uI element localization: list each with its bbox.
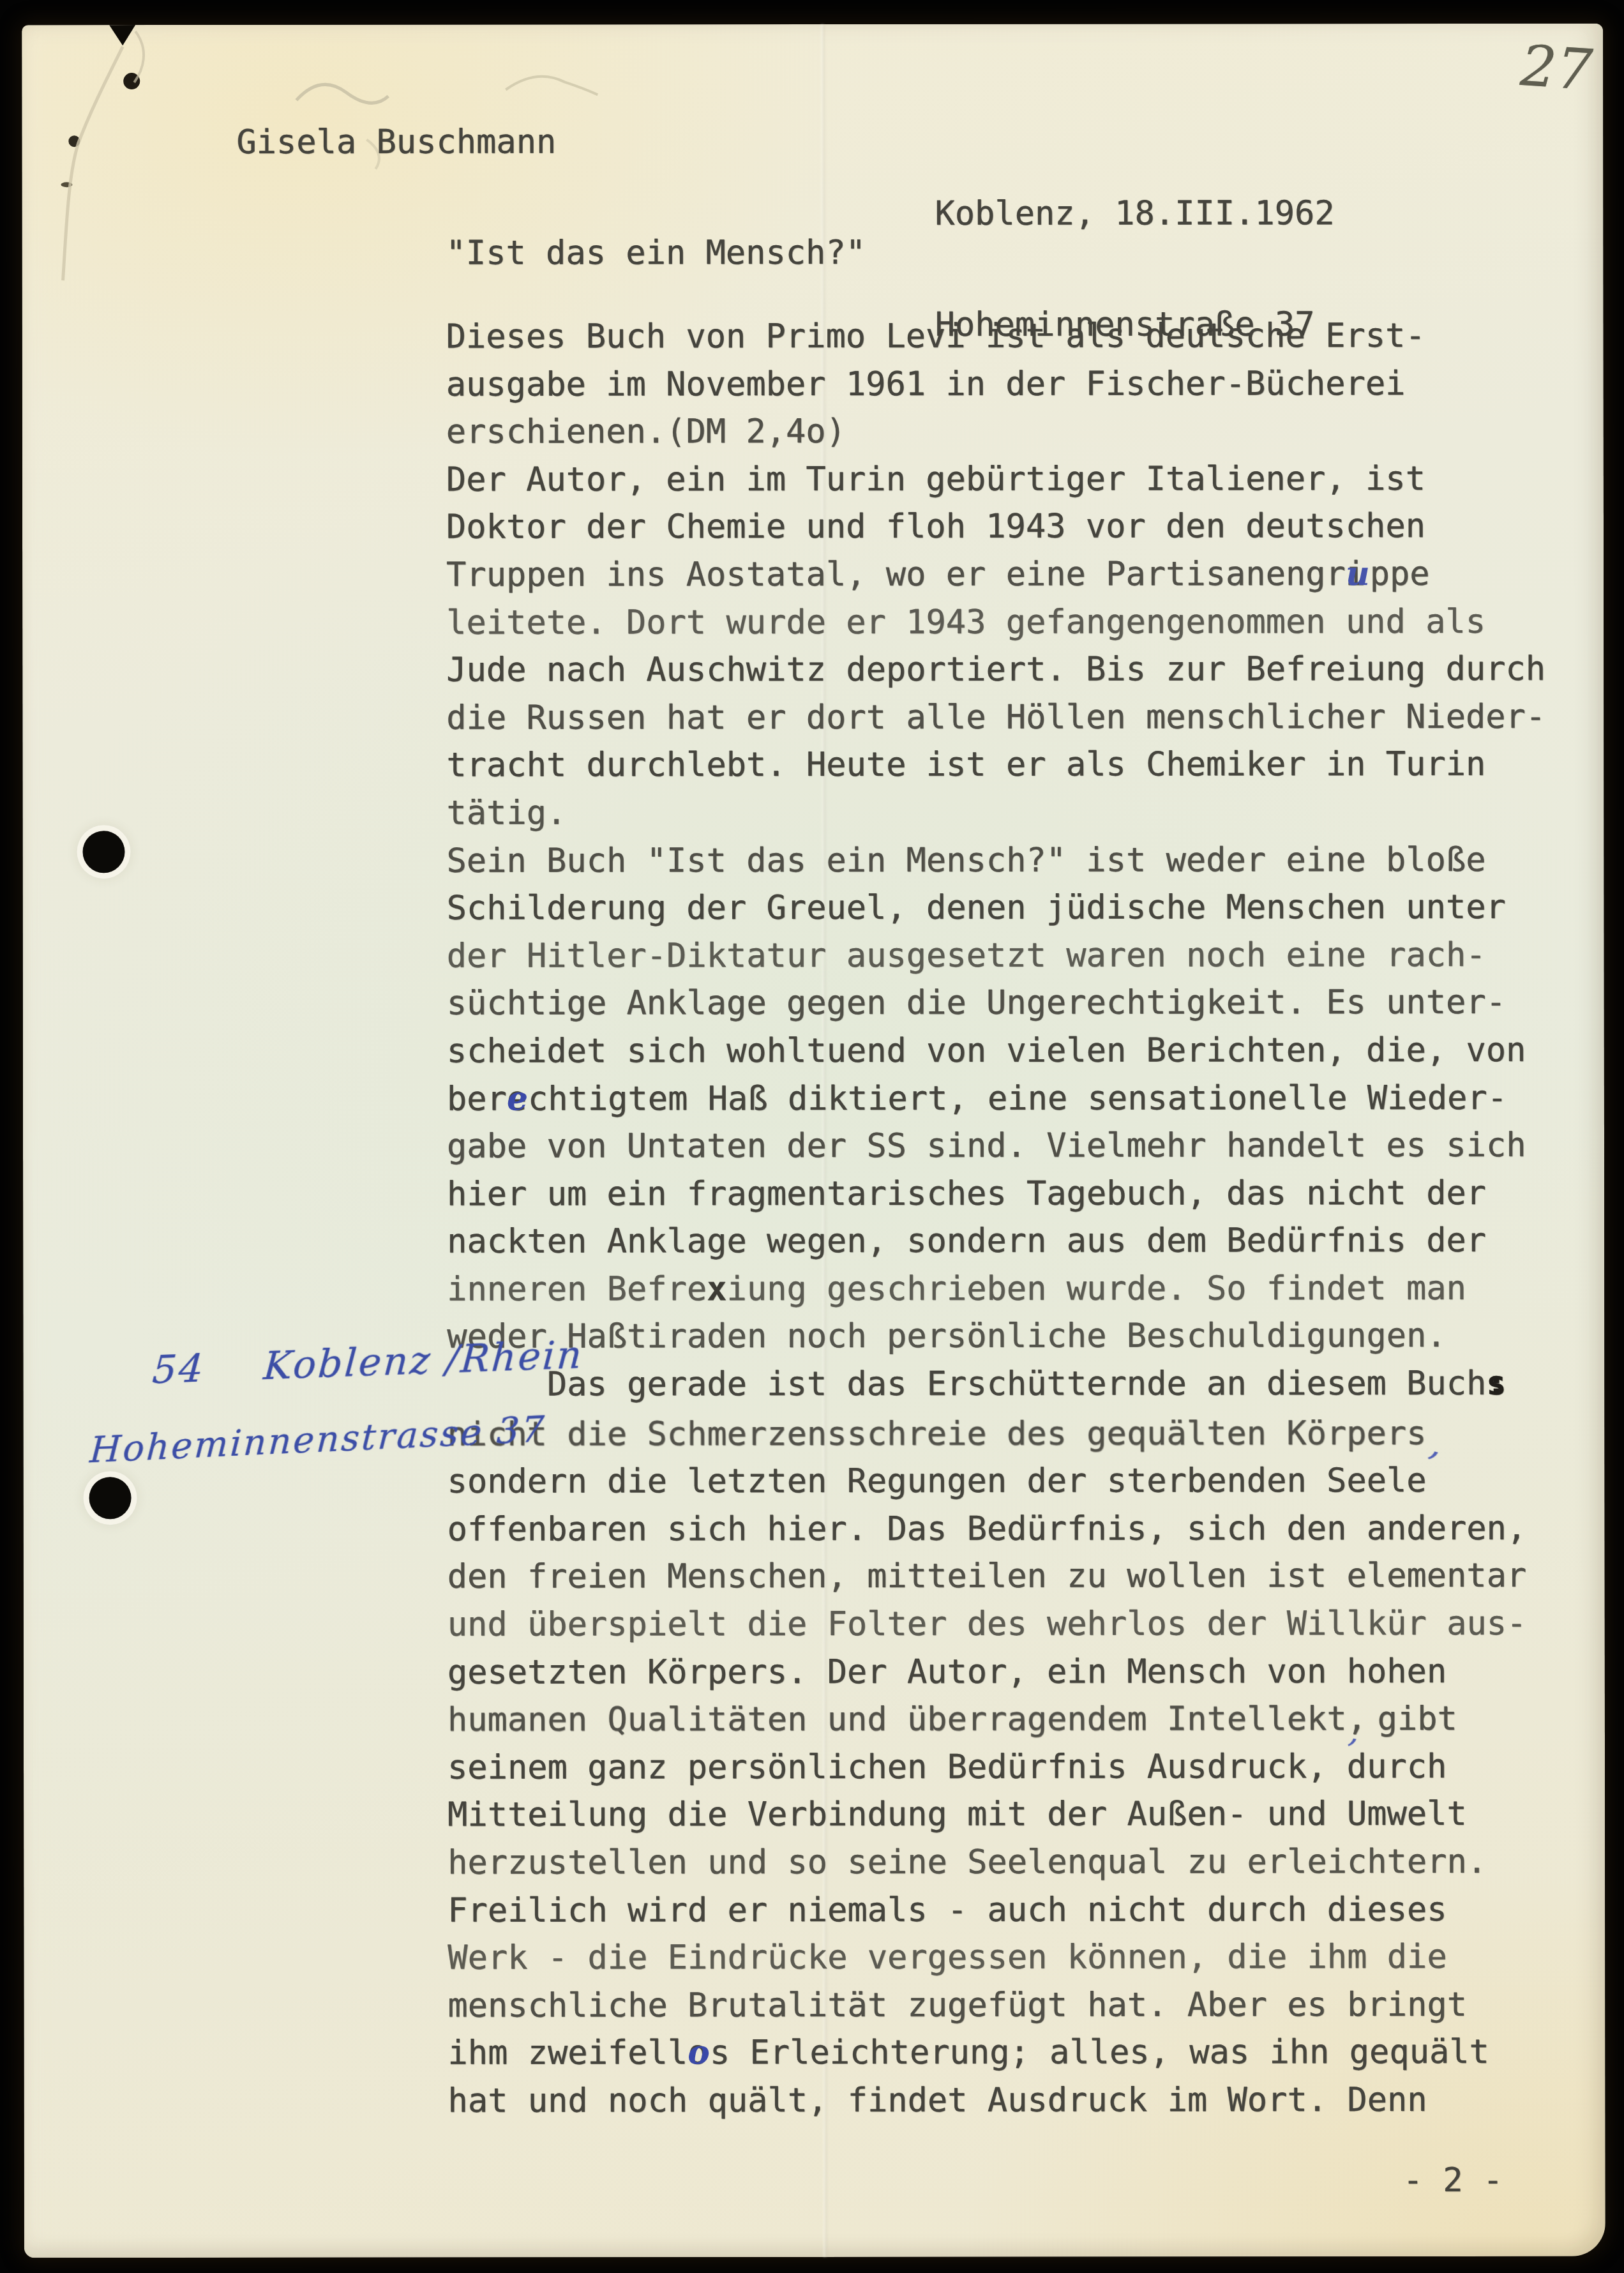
typed-text: die Russen hat er dort alle Höllen mensc… <box>446 698 1545 737</box>
correction-mark: e <box>507 1079 528 1118</box>
typed-line: tracht durchlebt. Heute ist er als Chemi… <box>446 741 1545 789</box>
typed-text: menschliche Brutalität zugefügt hat. Abe… <box>447 1986 1467 2025</box>
staple-hole-mark <box>123 73 140 89</box>
typed-text: nackten Anklage wegen, sondern aus dem B… <box>447 1221 1486 1261</box>
typed-text: offenbaren sich hier. Das Bedürfnis, sic… <box>447 1509 1527 1549</box>
typed-text: herzustellen und so seine Seelenqual zu … <box>447 1843 1487 1882</box>
pencil-scuff <box>506 77 598 95</box>
typed-text: gesetzten Körpers. Der Autor, ein Mensch… <box>447 1652 1447 1692</box>
typed-text: tracht durchlebt. Heute ist er als Chemi… <box>446 745 1485 785</box>
typed-line: Freilich wird er niemals - auch nicht du… <box>447 1885 1547 1934</box>
typed-line: Das gerade ist das Erschütternde an dies… <box>447 1360 1546 1408</box>
typed-text: Dieses Buch von Primo Levi ist als deuts… <box>446 317 1425 356</box>
typed-line: süchtige Anklage gegen die Ungerechtigke… <box>447 979 1546 1027</box>
document-title: "Ist das ein Mensch?" <box>446 234 866 273</box>
typed-text: Schilderung der Greuel, denen jüdische M… <box>447 888 1506 928</box>
author-name: Gisela Buschmann <box>236 123 556 162</box>
typed-line: Truppen ins Aostatal, wo er eine Partisa… <box>446 550 1545 599</box>
typed-text: erschienen.(DM 2,4o) <box>446 412 846 451</box>
typed-line: der Hitler-Diktatur ausgesetzt waren noc… <box>447 932 1546 980</box>
typed-text: hat und noch quält, findet Ausdruck im W… <box>448 2081 1427 2120</box>
typed-text: Mitteilung die Verbindung mit der Außen-… <box>447 1795 1467 1834</box>
typed-text: tätig. <box>446 794 566 832</box>
typed-text: Werk - die Eindrücke vergessen können, d… <box>447 1938 1447 1977</box>
typed-line: nackten Anklage wegen, sondern aus dem B… <box>447 1217 1546 1265</box>
typed-line: Jude nach Auschwitz deportiert. Bis zur … <box>446 646 1545 694</box>
typed-text: der Hitler-Diktatur ausgesetzt waren noc… <box>447 936 1486 976</box>
typed-line: erschienen.(DM 2,4o) <box>446 407 1545 456</box>
typed-line: und überspielt die Folter des wehrlos de… <box>447 1600 1547 1649</box>
typed-text: Sein Buch "Ist das ein Mensch?" ist wede… <box>447 840 1486 880</box>
place-date-line: Koblenz, 18.III.1962 <box>935 195 1334 232</box>
typed-text: Jude nach Auschwitz deportiert. Bis zur … <box>446 650 1545 690</box>
typed-text: ppe <box>1370 555 1430 593</box>
typed-line: Doktor der Chemie und floh 1943 vor den … <box>446 502 1545 551</box>
typed-line: seinem ganz persönlichen Bedürfnis Ausdr… <box>447 1743 1547 1792</box>
top-edge-tear <box>109 25 135 45</box>
paper-speck <box>61 182 72 187</box>
correction-mark: u <box>1346 554 1370 593</box>
typed-text: hier um ein fragmentarisches Tagebuch, d… <box>447 1174 1486 1214</box>
typed-text: und überspielt die Folter des wehrlos de… <box>447 1605 1527 1644</box>
typed-line: herzustellen und so seine Seelenqual zu … <box>447 1838 1547 1887</box>
typed-line: hat und noch quält, findet Ausdruck im W… <box>448 2076 1547 2125</box>
typed-line: Der Autor, ein im Turin gebürtiger Itali… <box>446 455 1545 504</box>
typed-text: den freien Menschen, mitteilen zu wollen… <box>447 1557 1527 1596</box>
typed-line: offenbaren sich hier. Das Bedürfnis, sic… <box>447 1505 1547 1553</box>
typed-line: die Russen hat er dort alle Höllen mensc… <box>446 693 1545 742</box>
typed-text: seinem ganz persönlichen Bedürfnis Ausdr… <box>447 1748 1447 1787</box>
typed-text: Das gerade ist das Erschütternde an dies… <box>447 1364 1486 1404</box>
typed-line: den freien Menschen, mitteilen zu wollen… <box>447 1552 1547 1601</box>
typed-text: nicht die Schmerzensschreie des gequälte… <box>447 1414 1426 1454</box>
punch-hole-bottom <box>89 1477 132 1519</box>
punch-hole-top <box>82 831 124 873</box>
typed-text: Freilich wird er niemals - auch nicht du… <box>447 1891 1447 1930</box>
typed-line: nicht die Schmerzensschreie des gequälte… <box>447 1407 1546 1458</box>
typed-line: leitete. Dort wurde er 1943 gefangengeno… <box>446 598 1545 646</box>
typed-text: gabe von Untaten der SS sind. Vielmehr h… <box>447 1126 1526 1166</box>
typed-text: weder Haßtiraden noch persönliche Beschu… <box>447 1317 1446 1356</box>
paper-scratch <box>134 31 144 82</box>
typed-text: leitete. Dort wurde er 1943 gefangengeno… <box>446 602 1485 642</box>
typed-text: Der Autor, ein im Turin gebürtiger Itali… <box>446 460 1425 499</box>
typed-line: gesetzten Körpers. Der Autor, ein Mensch… <box>447 1647 1547 1696</box>
correction-mark: x <box>707 1270 726 1308</box>
typed-line: hier um ein fragmentarisches Tagebuch, d… <box>447 1169 1546 1218</box>
typed-line: inneren Befrexiung geschrieben wurde. So… <box>447 1265 1546 1313</box>
handwritten-city: Koblenz /Rhein <box>262 1333 585 1389</box>
typed-line: sondern die letzten Regungen der sterben… <box>447 1457 1547 1506</box>
paper-scratch <box>63 47 123 280</box>
typed-line: tätig. <box>446 789 1545 837</box>
typed-text: Doktor der Chemie und floh 1943 vor den … <box>446 507 1425 547</box>
typed-line: ausgabe im November 1961 in der Fischer-… <box>446 359 1545 408</box>
typed-text: ihm zweifell <box>447 2034 688 2073</box>
typed-line: weder Haßtiraden noch persönliche Beschu… <box>447 1312 1546 1361</box>
typed-text: s Erleichterung; alles, was ihn gequält <box>710 2033 1489 2072</box>
staple-hole-mark <box>68 135 80 147</box>
pencil-scuff <box>296 84 388 103</box>
scan-background: { "header": { "author": "Gisela Buschman… <box>0 0 1624 2273</box>
typed-line: Sein Buch "Ist das ein Mensch?" ist wede… <box>447 836 1546 884</box>
typed-text: süchtige Anklage gegen die Ungerechtigke… <box>447 983 1506 1023</box>
typed-text: ber <box>447 1080 507 1118</box>
typed-line: bereechtigtem Haß diktiert, eine sensati… <box>447 1074 1546 1122</box>
typed-line: menschliche Brutalität zugefügt hat. Abe… <box>447 1981 1547 2030</box>
typed-text: Truppen ins Aostatal, wo er eine Partisa… <box>446 555 1346 594</box>
typed-text: iung geschrieben wurde. So findet man <box>727 1269 1466 1308</box>
typed-text: scheidet sich wohltuend von vielen Beric… <box>447 1031 1526 1071</box>
typed-line: Werk - die Eindrücke vergessen können, d… <box>447 1933 1547 1982</box>
typed-line: ihm zweifelloos Erleichterung; alles, wa… <box>447 2028 1547 2077</box>
page-number: - 2 - <box>1403 2161 1503 2200</box>
typed-text: humanen Qualitäten und überragendem Inte… <box>447 1700 1367 1739</box>
typed-text: gibt <box>1357 1700 1457 1738</box>
typed-text: ausgabe im November 1961 in der Fischer-… <box>446 365 1406 404</box>
archive-corner-number: 27 <box>1519 33 1595 103</box>
typed-line: Schilderung der Greuel, denen jüdische M… <box>447 884 1546 932</box>
typed-line: gabe von Untaten der SS sind. Vielmehr h… <box>447 1122 1546 1170</box>
typed-line: scheidet sich wohltuend von vielen Beric… <box>447 1027 1546 1075</box>
correction-mark: : <box>1486 1364 1506 1403</box>
handwritten-postal-code: 54 <box>151 1346 206 1393</box>
annotation-gap <box>204 1379 263 1381</box>
scanned-typewritten-page: 27 Gisela Buschmann Koblenz, 18.III.1962… <box>22 24 1605 2258</box>
typed-line: humanen Qualitäten und überragendem Inte… <box>447 1695 1547 1744</box>
typed-text: sondern die letzten Regungen der sterben… <box>447 1461 1427 1501</box>
typed-text: chtigtem Haß diktiert, eine sensationell… <box>528 1078 1507 1118</box>
typed-line: Mitteilung die Verbindung mit der Außen-… <box>447 1790 1547 1839</box>
typed-line: Dieses Buch von Primo Levi ist als deuts… <box>446 312 1545 361</box>
correction-mark: o <box>688 2034 710 2073</box>
typed-body: Dieses Buch von Primo Levi ist als deuts… <box>446 312 1547 2125</box>
